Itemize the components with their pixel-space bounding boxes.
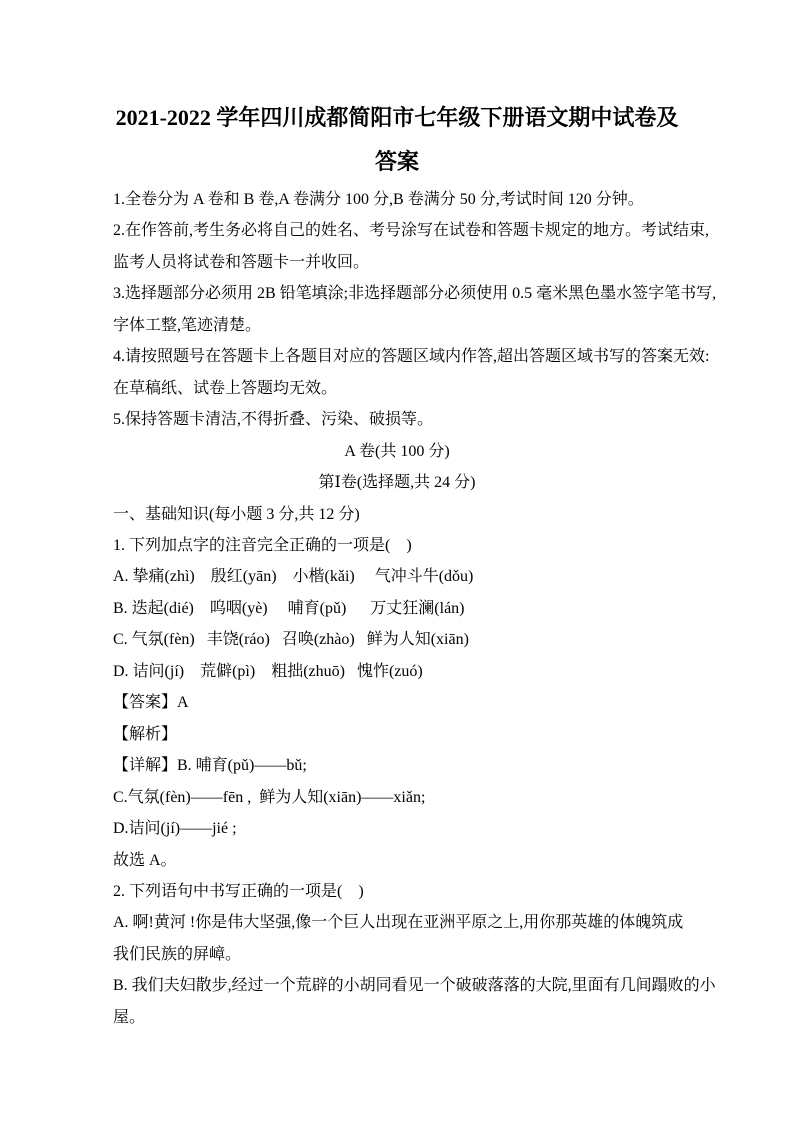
- question-1-detail-line-1: 【详解】B. 哺育(pǔ)——bǔ;: [113, 750, 681, 781]
- question-1-option-d: D. 诘问(jí) 荒僻(pì) 粗拙(zhuō) 愧怍(zuó): [113, 656, 681, 687]
- exam-instructions: 1.全卷分为 A 卷和 B 卷,A 卷满分 100 分,B 卷满分 50 分,考…: [113, 184, 681, 436]
- basics-section-heading: 一、基础知识(每小题 3 分,共 12 分): [113, 499, 681, 530]
- part-1-header: 第Ⅰ卷(选择题,共 24 分): [113, 467, 681, 498]
- title-line-2: 答案: [113, 140, 681, 184]
- instruction-1: 1.全卷分为 A 卷和 B 卷,A 卷满分 100 分,B 卷满分 50 分,考…: [113, 184, 681, 215]
- question-1-detail-line-4: 故选 A。: [113, 845, 681, 876]
- question-1-option-a: A. 挚痛(zhì) 殷红(yān) 小楷(kǎi) 气冲斗牛(dǒu): [113, 561, 681, 592]
- document-content: 2021-2022 学年四川成都简阳市七年级下册语文期中试卷及 答案 1.全卷分…: [0, 0, 794, 1033]
- question-1-option-c: C. 气氛(fèn) 丰饶(ráo) 召唤(zhào) 鲜为人知(xiān): [113, 624, 681, 655]
- instruction-2-line-2: 监考人员将试卷和答题卡一并收回。: [113, 247, 681, 278]
- title-line-1: 2021-2022 学年四川成都简阳市七年级下册语文期中试卷及: [113, 96, 681, 140]
- question-2-option-b-line-1: B. 我们夫妇散步,经过一个荒辟的小胡同看见一个破破落落的大院,里面有几间蹋败的…: [113, 970, 681, 1001]
- instruction-4-line-2: 在草稿纸、试卷上答题均无效。: [113, 373, 681, 404]
- instruction-5: 5.保持答题卡清洁,不得折叠、污染、破损等。: [113, 404, 681, 435]
- instruction-3-line-2: 字体工整,笔迹清楚。: [113, 310, 681, 341]
- question-1: 1. 下列加点字的注音完全正确的一项是( ) A. 挚痛(zhì) 殷红(yān…: [113, 530, 681, 876]
- question-1-detail-line-2: C.气氛(fèn)——fēn , 鲜为人知(xiān)——xiǎn;: [113, 782, 681, 813]
- instruction-2-line-1: 2.在作答前,考生务必将自己的姓名、考号涂写在试卷和答题卡规定的地方。考试结束,: [113, 215, 681, 246]
- question-1-stem: 1. 下列加点字的注音完全正确的一项是( ): [113, 530, 681, 561]
- question-2-option-b-line-2: 屋。: [113, 1002, 681, 1033]
- question-2: 2. 下列语句中书写正确的一项是( ) A. 啊!黄河 !你是伟大坚强,像一个巨…: [113, 876, 681, 1033]
- question-2-option-a-line-1: A. 啊!黄河 !你是伟大坚强,像一个巨人出现在亚洲平原之上,用你那英雄的体魄筑…: [113, 907, 681, 938]
- instruction-4-line-1: 4.请按照题号在答题卡上各题目对应的答题区域内作答,超出答题区域书写的答案无效:: [113, 341, 681, 372]
- section-a-header: A 卷(共 100 分): [113, 436, 681, 467]
- question-1-analysis-label: 【解析】: [113, 719, 681, 750]
- question-1-answer: 【答案】A: [113, 687, 681, 718]
- question-2-option-a-line-2: 我们民族的屏嶂。: [113, 939, 681, 970]
- instruction-3-line-1: 3.选择题部分必须用 2B 铅笔填涂;非选择题部分必须使用 0.5 毫米黑色墨水…: [113, 278, 681, 309]
- question-1-detail-line-3: D.诘问(jí)——jié ;: [113, 813, 681, 844]
- exam-document-page: 2021-2022 学年四川成都简阳市七年级下册语文期中试卷及 答案 1.全卷分…: [0, 0, 794, 1123]
- question-2-stem: 2. 下列语句中书写正确的一项是( ): [113, 876, 681, 907]
- question-1-option-b: B. 迭起(dié) 呜咽(yè) 哺育(pǔ) 万丈狂澜(lán): [113, 593, 681, 624]
- document-title: 2021-2022 学年四川成都简阳市七年级下册语文期中试卷及 答案: [113, 96, 681, 184]
